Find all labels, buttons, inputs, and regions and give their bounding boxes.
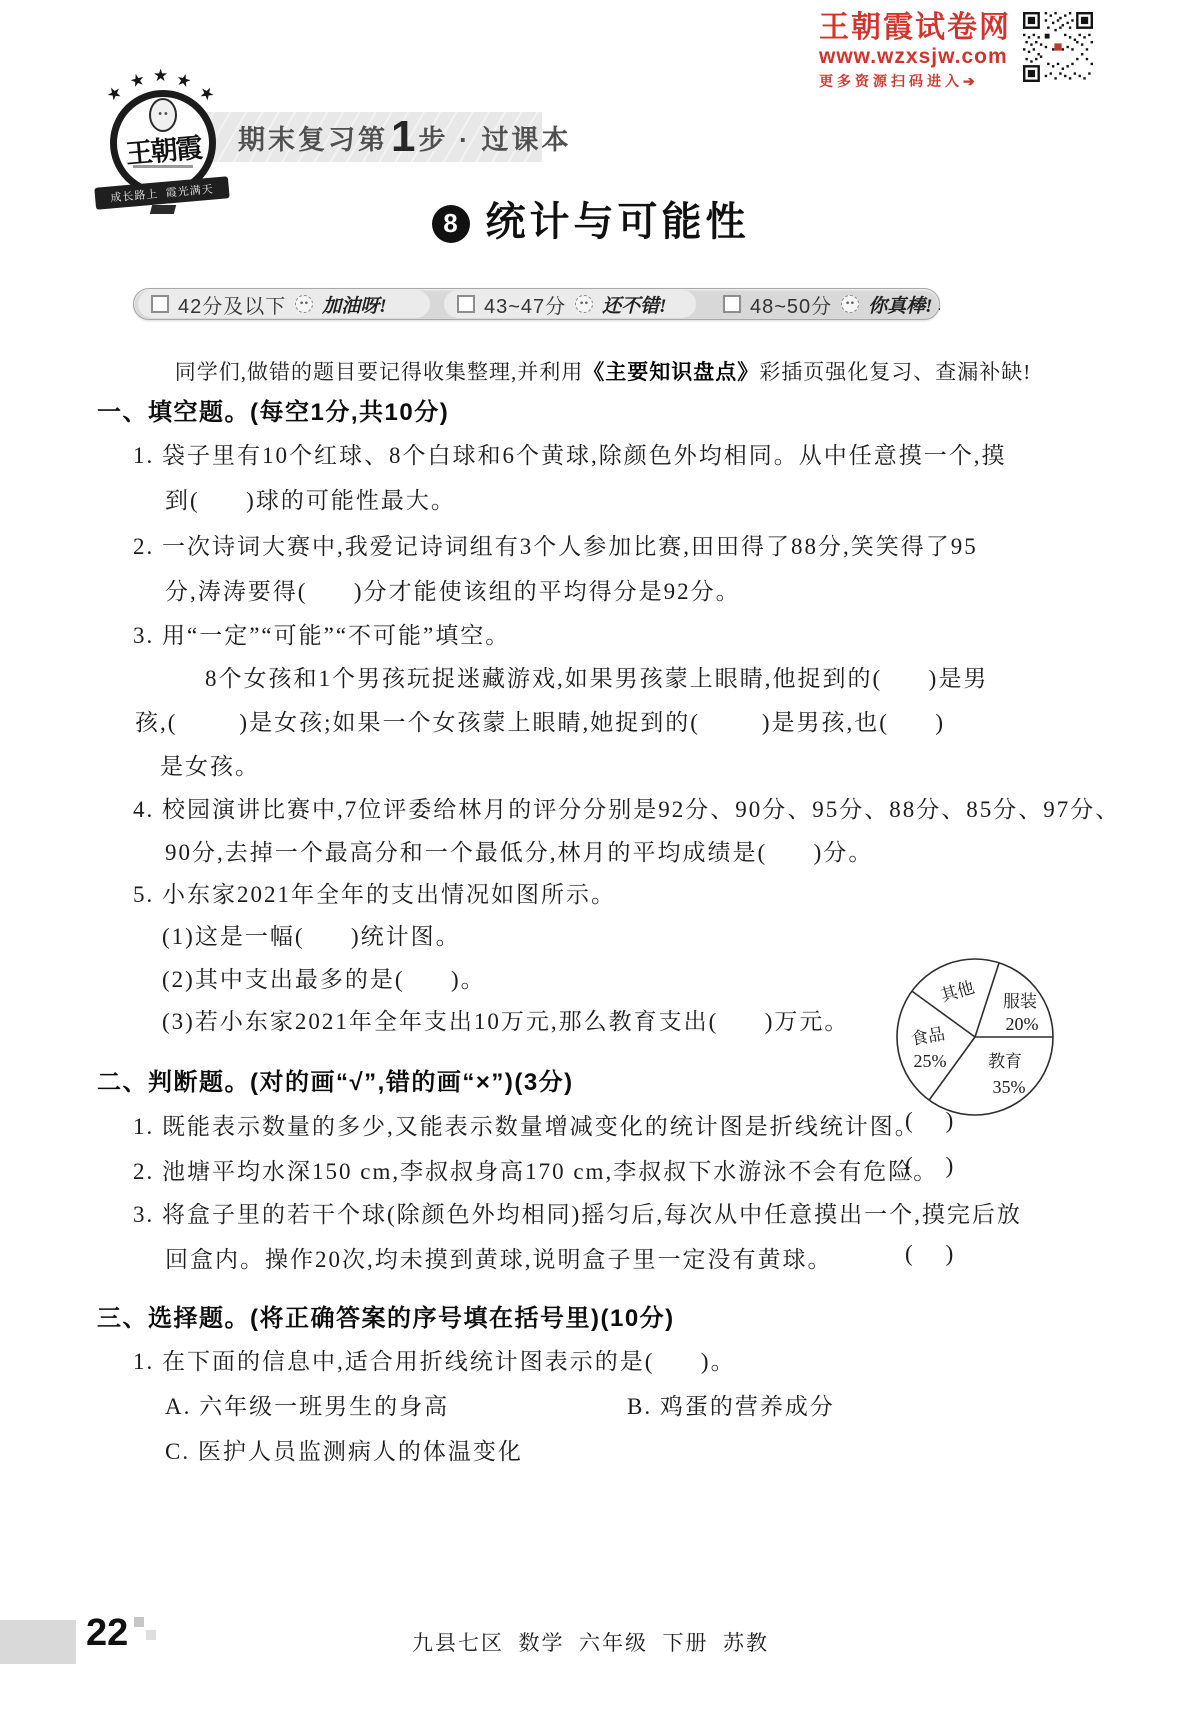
score-tier-low: 42分及以下 加油呀! <box>138 290 430 318</box>
title-number-badge: 8 <box>432 205 470 243</box>
question-line: 到( )球的可能性最大。 <box>165 482 456 515</box>
pie-slice-pct-education: 35% <box>993 1077 1026 1097</box>
section-heading-2: 二、判断题。(对的画“√”,错的画“×”)(3分) <box>97 1062 574 1097</box>
ribbon-stub <box>150 205 176 214</box>
score-tier-high: 48~50分 你真棒! <box>710 290 946 318</box>
question-line: 2. 一次诗词大赛中,我爱记诗词组有3个人参加比赛,田田得了88分,笑笑得了95 <box>133 528 978 561</box>
score-checkbox[interactable] <box>151 295 169 313</box>
footer-caption: 九县七区 数学 六年级 下册 苏教 <box>0 1627 1181 1657</box>
question-line: 1. 袋子里有10个红球、8个白球和6个黄球,除颜色外均相同。从中任意摸一个,摸 <box>133 437 1007 470</box>
question-line: 3. 用“一定”“可能”“不可能”填空。 <box>133 617 510 650</box>
page-title-text: 统计与可能性 <box>486 200 750 244</box>
qr-caption: 更多资源扫码进入➔ <box>819 71 1011 91</box>
logo-face <box>149 98 177 132</box>
question-line: 90分,去掉一个最高分和一个最低分,林月的平均成绩是( )分。 <box>165 834 873 867</box>
worksheet-page: 王朝霞试卷网 www.wzxsjw.com 更多资源扫码进入➔ <box>0 0 1181 1730</box>
question-line: (2)其中支出最多的是( )。 <box>162 961 486 994</box>
question-line: 孩,( )是女孩;如果一个女孩蒙上眼睛,她捉到的( )是男孩,也( ) <box>135 704 945 737</box>
brand-block: 王朝霞试卷网 www.wzxsjw.com 更多资源扫码进入➔ <box>819 12 1093 91</box>
logo-subtext-decoration <box>133 165 193 168</box>
question-line: 回盒内。操作20次,均未摸到黄球,说明盒子里一定没有黄球。 <box>165 1241 833 1274</box>
qr-code-icon <box>1023 12 1093 82</box>
score-band: 42分及以下 加油呀! 43~47分 还不错! 48~50分 你真棒! <box>133 288 940 320</box>
tier-range: 42分及以下 <box>178 290 286 319</box>
question-line: (1)这是一幅( )统计图。 <box>162 918 461 951</box>
question-line: 8个女孩和1个男孩玩捉迷藏游戏,如果男孩蒙上眼睛,他捉到的( )是男 <box>205 660 988 693</box>
option-a: A. 六年级一班男生的身高 <box>165 1388 449 1421</box>
star-icon: ★ <box>174 69 194 92</box>
question-line: 5. 小东家2021年全年的支出情况如图所示。 <box>133 876 616 909</box>
question-line: 3. 将盒子里的若干个球(除颜色外均相同)摇匀后,每次从中任意摸出一个,摸完后放 <box>133 1196 1022 1229</box>
brand-text: 王朝霞试卷网 www.wzxsjw.com 更多资源扫码进入➔ <box>819 12 1011 91</box>
star-icon: ★ <box>103 82 126 107</box>
question-line: 1. 既能表示数量的多少,又能表示数量增减变化的统计图是折线统计图。 <box>133 1108 920 1141</box>
pie-chart: 其他 服装 20% 食品 25% 教育 35% <box>880 942 1070 1132</box>
question-line: 分,涛涛要得( )分才能使该组的平均得分是92分。 <box>165 573 741 606</box>
option-c: C. 医护人员监测病人的体温变化 <box>165 1433 523 1466</box>
section-heading-1: 一、填空题。(每空1分,共10分) <box>97 392 449 427</box>
section-heading-3: 三、选择题。(将正确答案的序号填在括号里)(10分) <box>97 1298 675 1333</box>
site-url: www.wzxsjw.com <box>819 44 1011 69</box>
notice-bold: 《主要知识盘点》 <box>583 360 759 384</box>
tier-praise: 加油呀! <box>322 291 386 318</box>
score-checkbox[interactable] <box>457 295 475 313</box>
tier-praise: 还不错! <box>602 291 666 318</box>
answer-bracket: ( ) <box>905 1241 955 1267</box>
banner-prefix: 期末复习第 <box>238 118 388 157</box>
step-banner: 期末复习第1步 · 过课本 <box>202 112 542 162</box>
pie-slice-pct-food: 25% <box>914 1051 947 1071</box>
notice-post: 彩插页强化复习、查漏补缺! <box>759 360 1031 384</box>
star-icon: ★ <box>128 69 148 92</box>
score-tier-mid: 43~47分 还不错! <box>444 290 696 318</box>
tier-range: 43~47分 <box>484 290 566 319</box>
step-number: 1 <box>391 112 415 162</box>
score-checkbox[interactable] <box>723 295 741 313</box>
happy-face-icon <box>841 295 859 313</box>
answer-bracket: ( ) <box>905 1153 955 1179</box>
brand-logo-badge: ★ ★ ★ ★ ★ 王朝霞 成长路上 霞光满天 <box>103 68 223 218</box>
question-line: 1. 在下面的信息中,适合用折线统计图表示的是( )。 <box>133 1343 736 1376</box>
pie-slice-pct-clothing: 20% <box>1006 1014 1039 1034</box>
answer-bracket: ( ) <box>905 1108 955 1134</box>
tier-praise: 你真棒! <box>868 291 932 318</box>
pie-slice-label-clothing: 服装 <box>1003 992 1037 1011</box>
tier-range: 48~50分 <box>750 290 832 319</box>
star-icon: ★ <box>153 66 168 86</box>
banner-suffix: 步 · 过课本 <box>418 118 571 157</box>
question-line: 2. 池塘平均水深150 cm,李叔叔身高170 cm,李叔叔下水游泳不会有危险… <box>133 1153 938 1186</box>
cheer-face-icon <box>295 295 313 313</box>
question-line: 4. 校园演讲比赛中,7位评委给林月的评分分别是92分、90分、95分、88分、… <box>133 791 1120 824</box>
site-name: 王朝霞试卷网 <box>819 12 1011 44</box>
question-line: 是女孩。 <box>160 748 260 781</box>
page-number-decoration <box>134 1617 144 1627</box>
smile-face-icon <box>575 295 593 313</box>
question-line: (3)若小东家2021年全年支出10万元,那么教育支出( )万元。 <box>162 1003 849 1036</box>
pie-slice-label-education: 教育 <box>988 1052 1022 1071</box>
notice-pre: 同学们,做错的题目要记得收集整理,并利用 <box>175 360 584 384</box>
option-b: B. 鸡蛋的营养成分 <box>627 1388 835 1421</box>
